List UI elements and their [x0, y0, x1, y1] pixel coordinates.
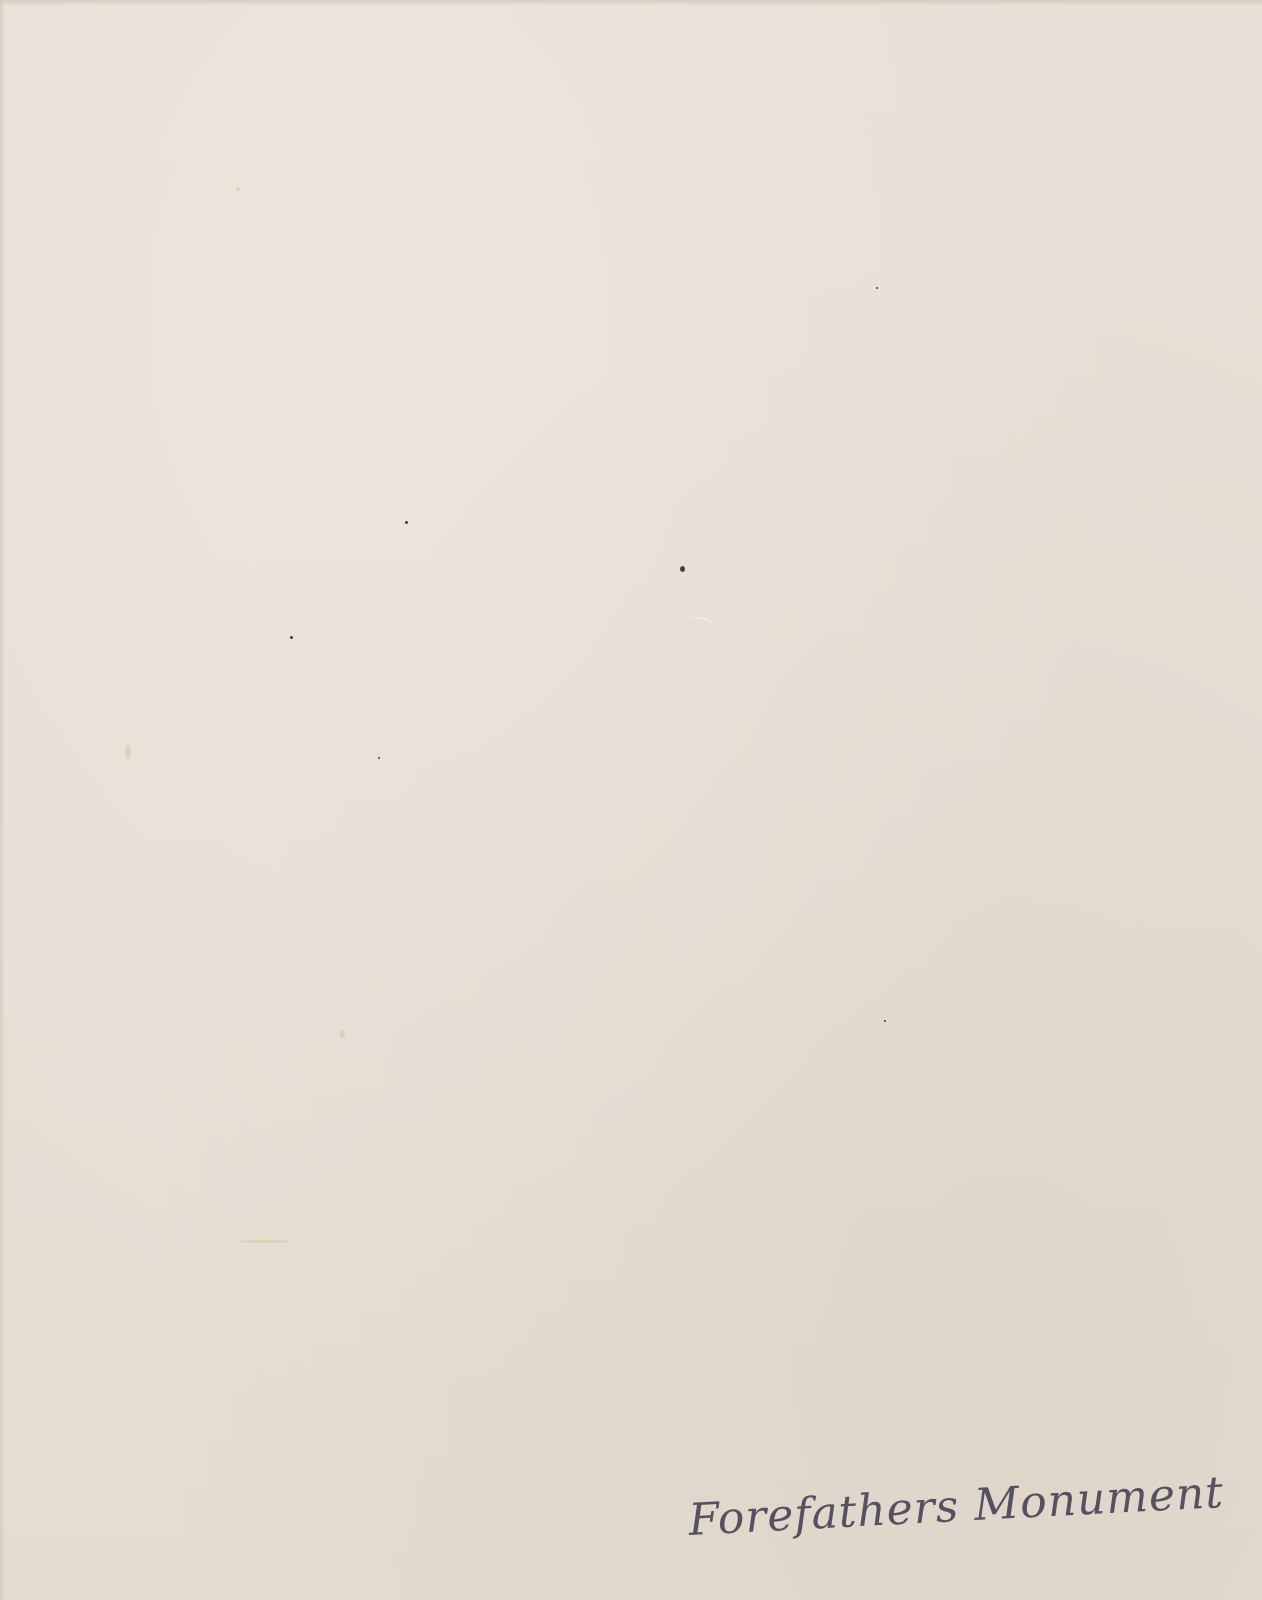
stain-speck — [340, 1030, 345, 1038]
paper-crease — [687, 614, 718, 635]
ink-speck — [876, 287, 878, 289]
ink-speck — [680, 566, 685, 572]
paper-top-edge — [0, 0, 1262, 6]
handwritten-caption: Forefathers Monument — [687, 1467, 1225, 1546]
ink-speck — [290, 636, 293, 639]
stain-speck — [240, 1240, 290, 1243]
paper-left-edge — [0, 0, 5, 1600]
paper-sheet: Forefathers Monument — [0, 0, 1262, 1600]
stain-speck — [236, 187, 240, 191]
ink-speck — [405, 521, 408, 524]
ink-speck — [884, 1020, 886, 1022]
ink-speck — [378, 757, 380, 759]
stain-speck — [125, 745, 131, 759]
